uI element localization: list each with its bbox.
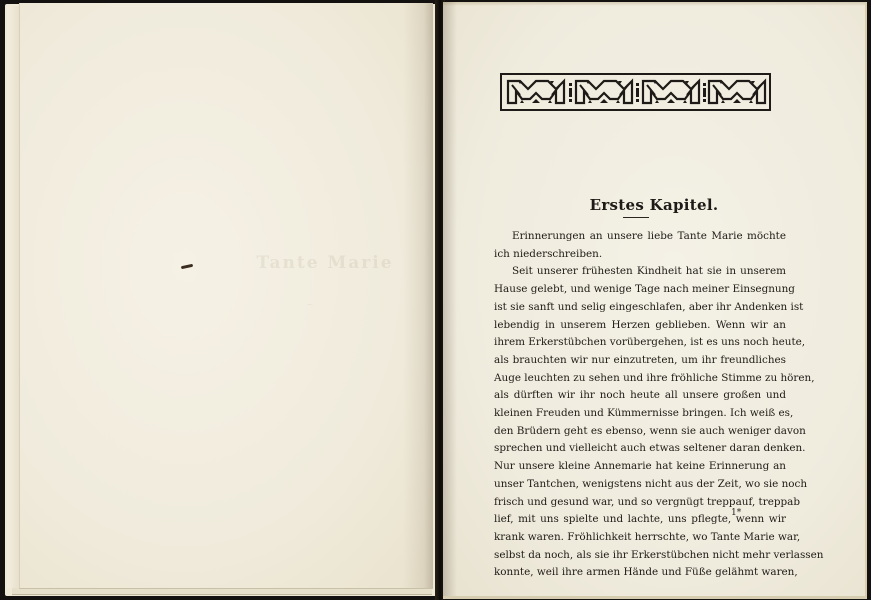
text-line: unser Tantchen, wenigstens nicht aus der… [494,476,786,494]
text-line: selbst da noch, als sie ihr Erkerstübche… [494,547,786,565]
showthrough-text: Tante Marie [210,253,440,273]
text-line: krank waren. Fröhlichkeit herrschte, wo … [494,529,786,547]
text-line: sprechen und vielleicht auch etwas selte… [494,440,786,458]
showthrough-sub: ~ [280,300,340,309]
signature-mark: 1* [731,508,741,518]
chapter-body: Erinnerungen an unsere liebe Tante Marie… [494,228,786,582]
text-line: kleinen Freuden und Kümmernisse bringen.… [494,405,786,423]
text-line: ist sie sanft und selig eingeschlafen, a… [494,299,786,317]
text-line: ich niederschreiben. [494,246,786,264]
text-line: Seit unserer frühesten Kindheit hat sie … [494,263,786,281]
text-line: frisch und gesund war, und so vergnügt t… [494,494,786,512]
text-line: Hause gelebt, und wenige Tage nach meine… [494,281,786,299]
left-page: Tante Marie ~ [19,3,433,589]
text-line: Erinnerungen an unsere liebe Tante Marie… [494,228,786,246]
ink-blemish [181,264,193,269]
text-line: als dürften wir ihr noch heute all unser… [494,387,786,405]
text-line: konnte, weil ihre armen Hände und Füße g… [494,564,786,582]
right-page: Erstes Kapitel. Erinnerungen an unsere l… [443,2,867,599]
text-line: den Brüdern geht es ebenso, wenn sie auc… [494,423,786,441]
chapter-title: Erstes Kapitel. [443,196,865,214]
text-line: ihrem Erkerstübchen vorübergehen, ist es… [494,334,786,352]
knotwork-band-icon [505,77,767,107]
left-page-bottom-edge [12,588,432,595]
text-line: als brauchten wir nur einzutreten, um ih… [494,352,786,370]
title-rule [623,217,649,218]
text-line: lief, mit uns spielte und lachte, uns pf… [494,511,786,529]
ornament-header-icon [500,73,771,111]
text-line: Auge leuchten zu sehen und ihre fröhlich… [494,370,786,388]
open-book-spread: Tante Marie ~ [0,0,871,600]
text-line: lebendig in unserem Herzen geblieben. We… [494,317,786,335]
text-line: Nur unsere kleine Annemarie hat keine Er… [494,458,786,476]
